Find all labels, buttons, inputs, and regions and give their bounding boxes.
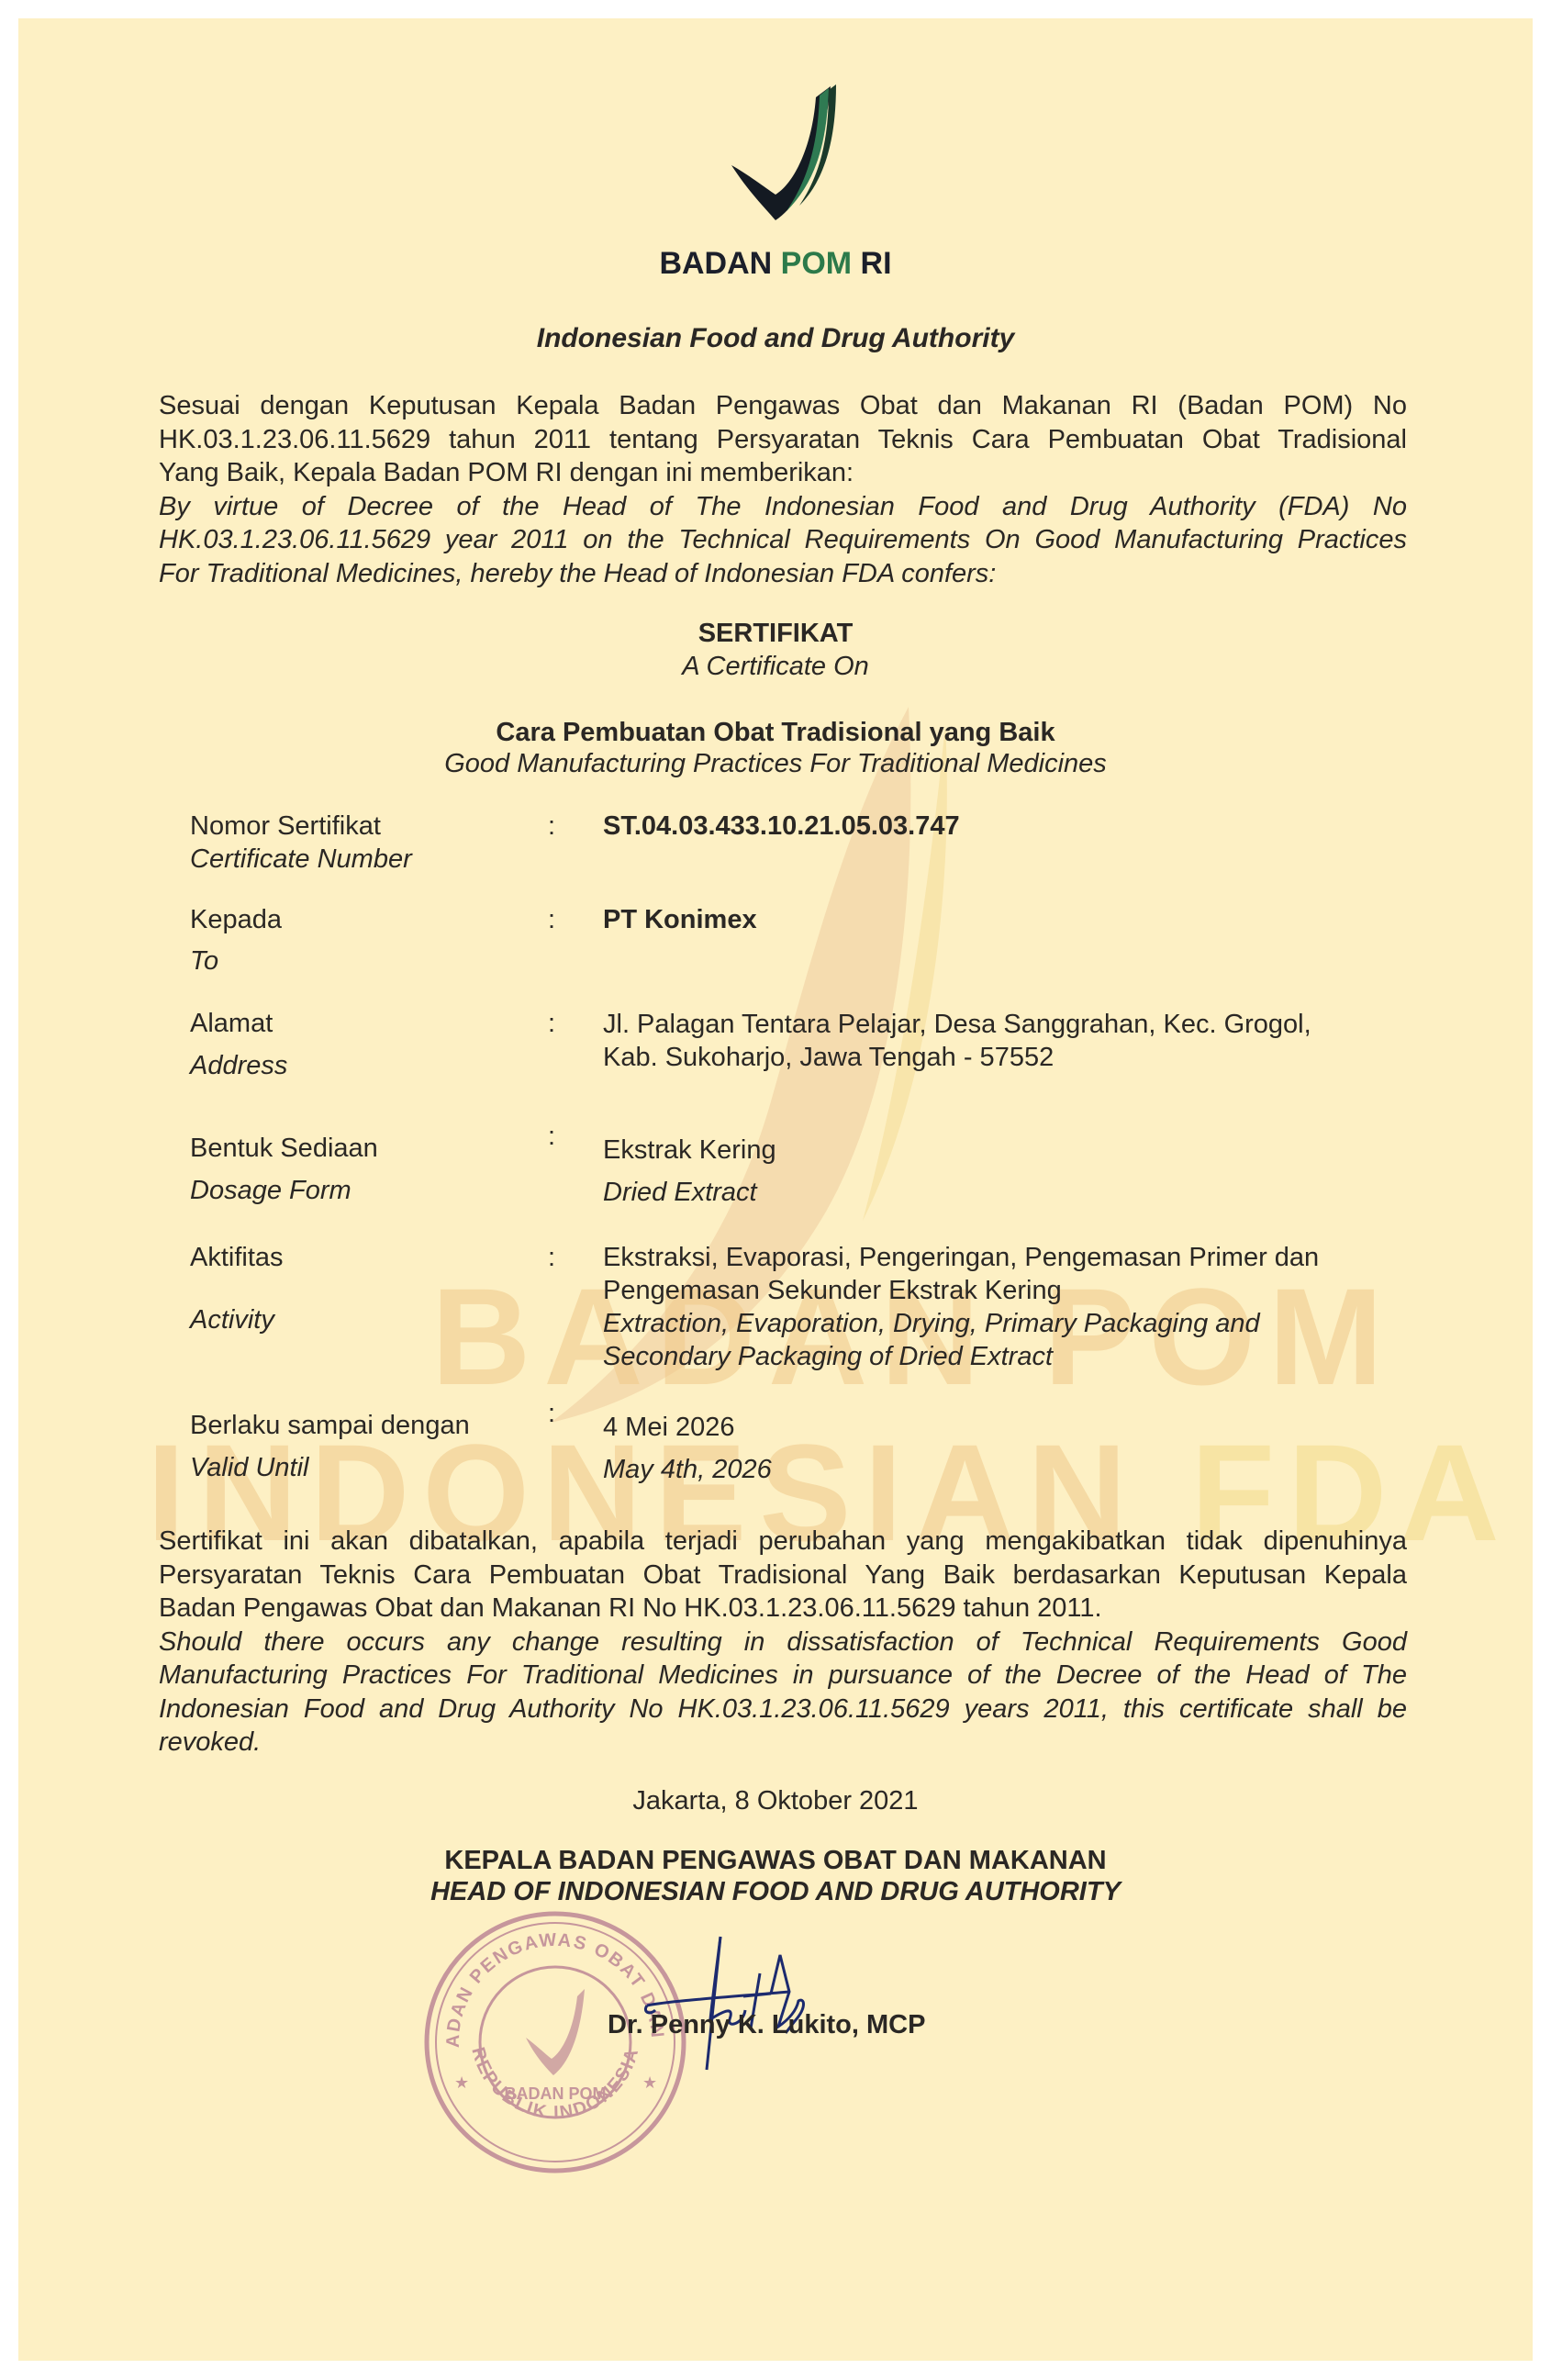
dosage-form-value: Ekstrak Kering Dried Extract [603, 1134, 776, 1209]
field-label-address: Alamat [190, 1009, 273, 1039]
revocation-en-line: revoked. [159, 1726, 1407, 1760]
activity-en-line: Secondary Packaging of Dried Extract [603, 1340, 1319, 1373]
signer-name: Dr. Penny K. Lukito, MCP [608, 2010, 925, 2040]
preamble-paragraph: Sesuai dengan Keputusan Kepala Badan Pen… [159, 389, 1407, 590]
field-label-to: Kepada [190, 905, 282, 935]
place-date: Jakarta, 8 Oktober 2021 [0, 1786, 1551, 1816]
activity-id-line: Pengemasan Sekunder Ekstrak Kering [603, 1274, 1319, 1307]
svg-text:BADAN POM: BADAN POM [505, 2084, 607, 2103]
field-colon: : [548, 1009, 555, 1039]
certificate-title-en: A Certificate On [0, 652, 1551, 682]
revocation-paragraph: Sertifikat ini akan dibatalkan, apabila … [159, 1525, 1407, 1760]
address-line: Jl. Palagan Tentara Pelajar, Desa Sanggr… [603, 1008, 1311, 1041]
preamble-en-line: By virtue of Decree of the Head of The I… [159, 490, 1407, 524]
field-label-certificate-number: Nomor Sertifikat [190, 811, 381, 842]
field-label-valid-until: Berlaku sampai dengan [190, 1411, 470, 1441]
preamble-id-line: Sesuai dengan Keputusan Kepala Badan Pen… [159, 389, 1407, 423]
revocation-id-line: Badan Pengawas Obat dan Makanan RI No HK… [159, 1592, 1407, 1626]
activity-en-line: Extraction, Evaporation, Drying, Primary… [603, 1307, 1319, 1340]
activity-id-line: Ekstraksi, Evaporasi, Pengeringan, Penge… [603, 1241, 1319, 1274]
office-title: KEPALA BADAN PENGAWAS OBAT DAN MAKANAN [0, 1846, 1551, 1876]
valid-until-id: 4 Mei 2026 [603, 1411, 772, 1444]
field-label-to-en: To [190, 946, 218, 977]
certificate-number-value: ST.04.03.433.10.21.05.03.747 [603, 810, 960, 843]
authority-subtitle: Indonesian Food and Drug Authority [0, 323, 1551, 354]
office-title-en: HEAD OF INDONESIAN FOOD AND DRUG AUTHORI… [0, 1877, 1551, 1907]
preamble-en-line: For Traditional Medicines, hereby the He… [159, 557, 1407, 591]
field-label-valid-until-en: Valid Until [190, 1453, 308, 1483]
address-line: Kab. Sukoharjo, Jawa Tengah - 57552 [603, 1041, 1311, 1074]
preamble-id-line: Yang Baik, Kepala Badan POM RI dengan in… [159, 456, 1407, 490]
valid-until-value: 4 Mei 2026 May 4th, 2026 [603, 1411, 772, 1486]
field-colon: : [548, 1122, 555, 1152]
field-colon: : [548, 905, 555, 935]
certificate-title: SERTIFIKAT [0, 619, 1551, 649]
revocation-en-line: Should there occurs any change resulting… [159, 1626, 1407, 1659]
signature-icon [642, 1918, 881, 2074]
field-label-address-en: Address [190, 1051, 287, 1081]
brand-ri: RI [852, 246, 891, 281]
svg-text:★: ★ [642, 2073, 657, 2092]
field-label-dosage-form: Bentuk Sediaan [190, 1134, 378, 1164]
preamble-id-line: HK.03.1.23.06.11.5629 tahun 2011 tentang… [159, 423, 1407, 457]
brand-name: BADAN POM RI [0, 246, 1551, 282]
field-label-certificate-number-en: Certificate Number [190, 844, 412, 875]
revocation-id-line: Persyaratan Teknis Cara Pembuatan Obat T… [159, 1559, 1407, 1592]
svg-text:★: ★ [454, 2073, 469, 2092]
certificate-subject-en: Good Manufacturing Practices For Traditi… [0, 749, 1551, 779]
dosage-form-en: Dried Extract [603, 1176, 776, 1209]
brand-pom: POM [781, 246, 852, 281]
field-colon: : [548, 811, 555, 842]
recipient-value: PT Konimex [603, 903, 757, 936]
brand-badan: BADAN [659, 246, 780, 281]
revocation-en-line: Indonesian Food and Drug Authority No HK… [159, 1693, 1407, 1726]
revocation-id-line: Sertifikat ini akan dibatalkan, apabila … [159, 1525, 1407, 1559]
revocation-en-line: Manufacturing Practices For Traditional … [159, 1659, 1407, 1693]
field-colon: : [548, 1399, 555, 1429]
certificate-subject: Cara Pembuatan Obat Tradisional yang Bai… [0, 718, 1551, 748]
field-label-activity-en: Activity [190, 1305, 274, 1335]
address-value: Jl. Palagan Tentara Pelajar, Desa Sanggr… [603, 1008, 1311, 1074]
dosage-form-id: Ekstrak Kering [603, 1134, 776, 1167]
activity-value: Ekstraksi, Evaporasi, Pengeringan, Penge… [603, 1241, 1319, 1373]
field-colon: : [548, 1243, 555, 1273]
field-label-dosage-form-en: Dosage Form [190, 1176, 351, 1206]
badan-pom-logo-icon [711, 83, 858, 229]
valid-until-en: May 4th, 2026 [603, 1453, 772, 1486]
preamble-en-line: HK.03.1.23.06.11.5629 year 2011 on the T… [159, 523, 1407, 557]
field-label-activity: Aktifitas [190, 1243, 284, 1273]
